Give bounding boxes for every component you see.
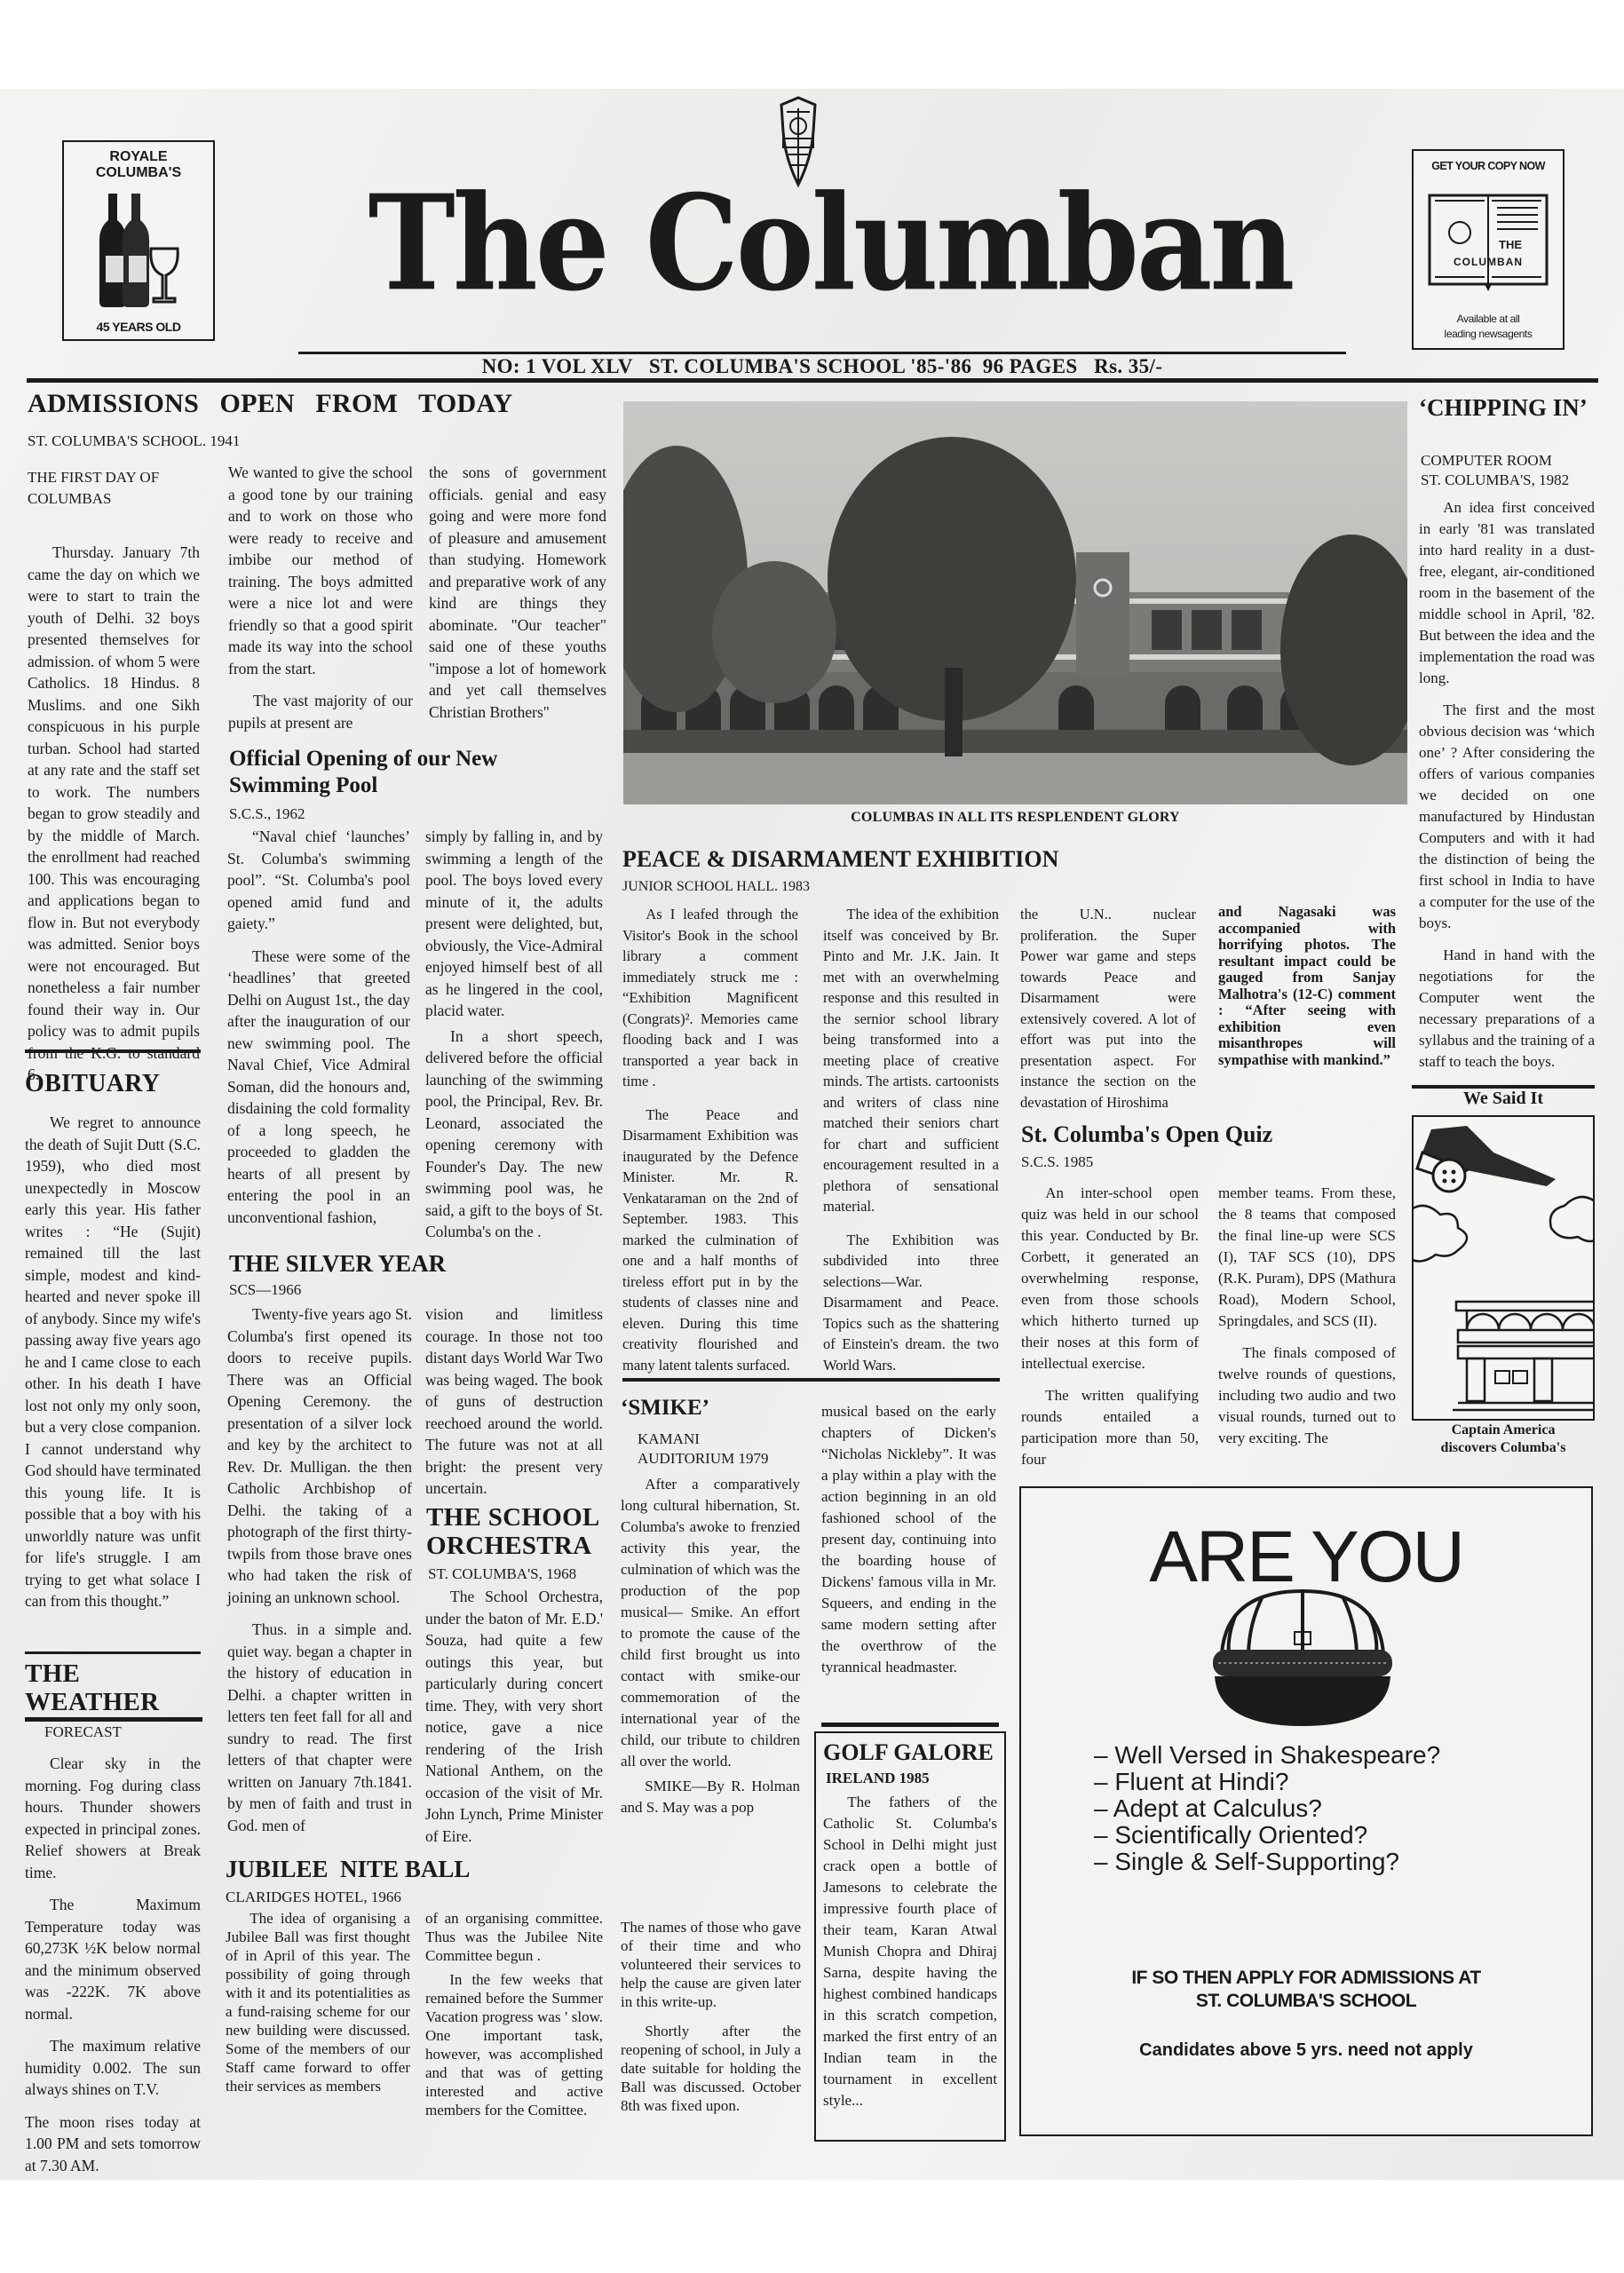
admissions-col2-p2: The vast majority of our pupils at prese… — [228, 690, 413, 733]
peace-col1-p2: The Peace and Disarmament Exhibition was… — [622, 1105, 798, 1376]
ad-footer-available: Available at all — [1414, 313, 1563, 325]
jubilee-col1-text: The idea of organising a Jubilee Ball wa… — [226, 1909, 410, 2095]
swimming-pool-col2-p2: In a short speech, delivered before the … — [425, 1026, 603, 1243]
ad-question-shakespeare: – Well Versed in Shakespeare? — [1094, 1742, 1440, 1769]
peace-col4-text: and Nagasaki was accompanied with horrif… — [1218, 904, 1396, 1068]
school-building-photo — [623, 401, 1407, 804]
golf-headline: GOLF GALORE — [823, 1738, 994, 1766]
swimming-pool-col2-p1: simply by falling in, and by swimming a … — [425, 826, 603, 1022]
peace-col2: The idea of the exhibition itself was co… — [823, 904, 999, 1375]
quiz-col2-p2: The finals composed of twelve rounds of … — [1218, 1342, 1396, 1449]
admissions-col2: We wanted to give the school a good tone… — [228, 462, 413, 733]
jubilee-col3: The names of those who gave of their tim… — [621, 1918, 801, 2115]
peace-col3-text: the U.N.. nuclear proliferation. the Sup… — [1020, 904, 1196, 1113]
ad-cta-apply: IF SO THEN APPLY FOR ADMISSIONS AT — [1021, 1968, 1591, 1989]
silver-year-col1-p2: Thus. in a simple and. quiet way. began … — [227, 1619, 412, 1836]
quiz-headline: St. Columba's Open Quiz — [1021, 1121, 1272, 1148]
issue-line: NO: 1 VOL XLV ST. COLUMBA'S SCHOOL '85-'… — [298, 355, 1346, 378]
ad-line-royale: ROYALE — [64, 149, 213, 165]
silver-year-col1: Twenty-five years ago St. Columba's firs… — [227, 1303, 412, 1836]
weather-headline-the: THE — [25, 1659, 80, 1689]
swimming-pool-col1-p1: “Naval chief ‘launches’ St. Columba's sw… — [227, 826, 410, 935]
swimming-pool-col2: simply by falling in, and by swimming a … — [425, 826, 603, 1243]
masthead-rule-top — [298, 352, 1346, 354]
admissions-subhead: THE FIRST DAY OF COLUMBAS — [28, 467, 187, 510]
jubilee-col2: of an organising committee. Thus was the… — [425, 1909, 603, 2119]
smike-col1-p2: SMIKE—By R. Holman and S. May was a pop — [621, 1776, 800, 1818]
wine-bottles-icon — [91, 194, 188, 313]
school-cap-icon — [1209, 1588, 1396, 1728]
masthead-rule-bottom — [27, 378, 1598, 383]
ad-headline-are-you: ARE YOU — [1021, 1520, 1591, 1595]
admissions-dateline: ST. COLUMBA'S SCHOOL. 1941 — [28, 432, 240, 451]
peace-col1: As I leafed through the Visitor's Book i… — [622, 904, 798, 1375]
quiz-col1: An inter-school open quiz was held in ou… — [1021, 1183, 1199, 1470]
smike-bottom-rule — [821, 1723, 999, 1727]
smike-col2: musical based on the early chapters of D… — [821, 1401, 996, 1678]
jubilee-col1: The idea of organising a Jubilee Ball wa… — [226, 1909, 410, 2095]
cartoon-title: We Said It — [1412, 1089, 1595, 1109]
smike-col2-text: musical based on the early chapters of D… — [821, 1401, 996, 1678]
quiz-col1-p1: An inter-school open quiz was held in ou… — [1021, 1183, 1199, 1374]
weather-p3: The maximum relative humidity 0.002. The… — [25, 2035, 201, 2101]
ad-question-single: – Single & Self-Supporting? — [1094, 1849, 1440, 1875]
swimming-pool-col1: “Naval chief ‘launches’ St. Columba's sw… — [227, 826, 410, 1228]
masthead-title: The Columban — [320, 170, 1341, 319]
jubilee-col2-p1: of an organising committee. Thus was the… — [425, 1909, 603, 1965]
ad-question-scientific: – Scientifically Oriented? — [1094, 1822, 1440, 1849]
ad-header-get-copy: GET YOUR COPY NOW — [1414, 160, 1563, 172]
chipping-p3: Hand in hand with the negotiations for t… — [1419, 945, 1595, 1073]
jubilee-col3-p2: Shortly after the reopening of school, i… — [621, 2022, 801, 2115]
obituary-rule — [25, 1049, 201, 1053]
silver-year-dateline: SCS—1966 — [229, 1280, 301, 1300]
royale-columbas-ad: ROYALE COLUMBA'S 45 YEARS OLD — [62, 140, 215, 341]
admissions-col1: Thursday. January 7th came the day on wh… — [28, 542, 200, 1086]
cartoon-caption-1: Captain America — [1412, 1422, 1595, 1438]
peace-bottom-rule — [622, 1378, 1000, 1382]
ad-line-columbas: COLUMBA'S — [64, 165, 213, 181]
ad-question-list: – Well Versed in Shakespeare? – Fluent a… — [1094, 1742, 1440, 1875]
obituary-headline: OBITUARY — [25, 1069, 160, 1099]
ad-question-hindi: – Fluent at Hindi? — [1094, 1769, 1440, 1795]
ad-footer-newsagents: leading newsagents — [1414, 328, 1563, 340]
admissions-headline: ADMISSIONS OPEN FROM TODAY — [28, 389, 513, 419]
quiz-col2-p1: member teams. From these, the 8 teams th… — [1218, 1183, 1396, 1332]
weather-p2: The Maximum Temperature today was 60,273… — [25, 1894, 201, 2024]
peace-col4: and Nagasaki was accompanied with horrif… — [1218, 904, 1396, 1068]
cartoon-caption-2: discovers Columba's — [1412, 1440, 1595, 1456]
weather-rule-bottom — [25, 1717, 202, 1722]
silver-year-col2-text: vision and limitless courage. In those n… — [425, 1303, 603, 1500]
golf-body: The fathers of the Catholic St. Columba'… — [823, 1792, 997, 2111]
orchestra-text: The School Orchestra, under the baton of… — [425, 1586, 603, 1847]
orchestra-headline-1: THE SCHOOL — [426, 1502, 600, 1532]
quiz-col1-p2: The written qualifying rounds entailed a… — [1021, 1385, 1199, 1470]
peace-col3: the U.N.. nuclear proliferation. the Sup… — [1020, 904, 1196, 1113]
admissions-col1-text: Thursday. January 7th came the day on wh… — [28, 542, 200, 1086]
captain-america-cartoon — [1412, 1115, 1595, 1421]
weather-body: Clear sky in the morning. Fog during cla… — [25, 1753, 201, 2176]
orchestra-dateline: ST. COLUMBA'S, 1968 — [428, 1564, 576, 1584]
photo-caption: COLUMBAS IN ALL ITS RESPLENDENT GLORY — [623, 810, 1407, 826]
jubilee-dateline: CLARIDGES HOTEL, 1966 — [226, 1888, 401, 1907]
swimming-pool-col1-p2: These were some of the ‘headlines’ that … — [227, 946, 410, 1229]
jubilee-col2-p2: In the few weeks that remained before th… — [425, 1970, 603, 2119]
ad-footer-candidates: Candidates above 5 yrs. need not apply — [1021, 2040, 1591, 2061]
weather-headline-weather: WEATHER — [25, 1687, 159, 1717]
smike-dateline-2: AUDITORIUM 1979 — [638, 1449, 769, 1469]
peace-col2-p1: The idea of the exhibition itself was co… — [823, 904, 999, 1217]
obituary-body: We regret to announce the death of Sujit… — [25, 1112, 201, 1612]
are-you-admissions-ad: ARE YOU – Well Versed in Shakespeare? – … — [1019, 1486, 1593, 2136]
jubilee-col3-p1: The names of those who gave of their tim… — [621, 1918, 801, 2011]
quiz-col2: member teams. From these, the 8 teams th… — [1218, 1183, 1396, 1449]
orchestra-headline-2: ORCHESTRA — [426, 1531, 591, 1561]
admissions-col2-p1: We wanted to give the school a good tone… — [228, 462, 413, 679]
quiz-dateline: S.C.S. 1985 — [1021, 1152, 1093, 1172]
orchestra-body: The School Orchestra, under the baton of… — [425, 1586, 603, 1847]
book-text-the: THE — [1499, 238, 1522, 251]
jubilee-headline: JUBILEE NITE BALL — [226, 1856, 470, 1883]
chipping-headline: ‘CHIPPING IN’ — [1419, 394, 1588, 422]
silver-year-col2: vision and limitless courage. In those n… — [425, 1303, 603, 1500]
open-book-icon: THE COLUMBAN — [1426, 188, 1550, 295]
weather-subhead: FORECAST — [44, 1723, 122, 1742]
smike-col1-p1: After a comparatively long cultural hibe… — [621, 1474, 800, 1772]
get-your-copy-ad: GET YOUR COPY NOW THE COLUMBAN Available… — [1412, 149, 1565, 350]
swimming-pool-headline: Official Opening of our New Swimming Poo… — [229, 746, 549, 799]
admissions-col3: the sons of government officials. genial… — [429, 462, 606, 723]
ad-cta-school: ST. COLUMBA'S SCHOOL — [1021, 1991, 1591, 2012]
peace-headline: PEACE & DISARMAMENT EXHIBITION — [622, 845, 1058, 873]
chipping-body: An idea first conceived in early '81 was… — [1419, 497, 1595, 1073]
chipping-p1: An idea first conceived in early '81 was… — [1419, 497, 1595, 689]
peace-col1-p1: As I leafed through the Visitor's Book i… — [622, 904, 798, 1092]
book-text-columban: COLUMBAN — [1435, 256, 1541, 268]
chipping-p2: The first and the most obvious decision … — [1419, 700, 1595, 934]
silver-year-col1-p1: Twenty-five years ago St. Columba's firs… — [227, 1303, 412, 1608]
golf-text: The fathers of the Catholic St. Columba'… — [823, 1792, 997, 2111]
golf-dateline: IRELAND 1985 — [826, 1769, 930, 1788]
obituary-text: We regret to announce the death of Sujit… — [25, 1112, 201, 1612]
smike-headline: ‘SMIKE’ — [621, 1394, 709, 1422]
ad-footer-45-years: 45 YEARS OLD — [64, 320, 213, 334]
weather-p1: Clear sky in the morning. Fog during cla… — [25, 1753, 201, 1883]
peace-dateline: JUNIOR SCHOOL HALL. 1983 — [622, 877, 810, 897]
smike-dateline-1: KAMANI — [638, 1430, 700, 1449]
weather-p4: The moon rises today at 1.00 PM and sets… — [25, 2111, 201, 2177]
silver-year-headline: THE SILVER YEAR — [229, 1250, 446, 1278]
chipping-dateline-2: ST. COLUMBA'S, 1982 — [1421, 471, 1569, 490]
smike-col1: After a comparatively long cultural hibe… — [621, 1474, 800, 1818]
admissions-col3-text: the sons of government officials. genial… — [429, 462, 606, 723]
weather-rule-top — [25, 1651, 201, 1654]
chipping-dateline-1: COMPUTER ROOM — [1421, 451, 1552, 471]
peace-col2-p2: The Exhibition was subdivided into three… — [823, 1230, 999, 1376]
swimming-pool-dateline: S.C.S., 1962 — [229, 804, 305, 824]
ad-question-calculus: – Adept at Calculus? — [1094, 1795, 1440, 1822]
